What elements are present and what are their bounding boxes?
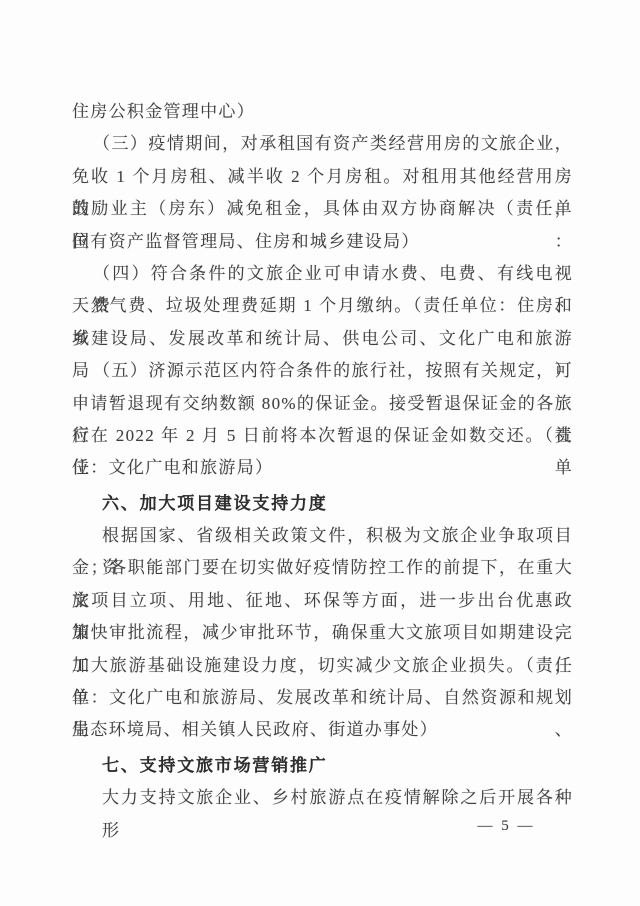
document-line: 金；各职能部门要在切实做好疫情防控工作的前提下，在重大文 — [72, 552, 573, 584]
section-heading: 六、加大项目建设支持力度 — [72, 488, 573, 520]
document-line: 鼓励业主（房东）减免租金，具体由双方协商解决（责任单位： — [72, 193, 573, 225]
page-number: — 5 — — [72, 816, 573, 836]
document-page: 住房公积金管理中心）（三）疫情期间，对承租国有资产类经营用房的文旅企业，免收 1… — [0, 0, 640, 906]
document-line: 乡建设局、发展改革和统计局、供电公司、文化广电和旅游局） — [72, 323, 573, 355]
document-line: （四）符合条件的文旅企业可申请水费、电费、有线电视费、 — [72, 258, 573, 290]
document-line: 免收 1 个月房租、减半收 2 个月房租。对租用其他经营用房的， — [72, 161, 573, 193]
document-line: 住房公积金管理中心） — [72, 96, 573, 128]
document-line: 申请暂退现有交纳数额 80%的保证金。接受暂退保证金的各旅行社 — [72, 388, 573, 420]
document-line: （三）疫情期间，对承租国有资产类经营用房的文旅企业， — [72, 128, 573, 160]
document-line: 旅项目立项、用地、征地、环保等方面，进一步出台优惠政策， — [72, 585, 573, 617]
document-body: 住房公积金管理中心）（三）疫情期间，对承租国有资产类经营用房的文旅企业，免收 1… — [72, 96, 573, 815]
document-line: 应在 2022 年 2 月 5 日前将本次暂退的保证金如数交还。（责任单 — [72, 420, 573, 452]
document-line: （五）济源示范区内符合条件的旅行社，按照有关规定，可 — [72, 355, 573, 387]
document-line: 天然气费、垃圾处理费延期 1 个月缴纳。（责任单位：住房和城 — [72, 290, 573, 322]
document-line: 加大旅游基础设施建设力度，切实减少文旅企业损失。（责任单 — [72, 650, 573, 682]
document-line: 加快审批流程，减少审批环节，确保重大文旅项目如期建设完工， — [72, 617, 573, 649]
document-line: 大力支持文旅企业、乡村旅游点在疫情解除之后开展各种形 — [72, 782, 573, 814]
document-line: 位：文化广电和旅游局、发展改革和统计局、自然资源和规划局、 — [72, 682, 573, 714]
document-line: 根据国家、省级相关政策文件，积极为文旅企业争取项目资 — [72, 520, 573, 552]
section-heading: 七、支持文旅市场营销推广 — [72, 750, 573, 782]
